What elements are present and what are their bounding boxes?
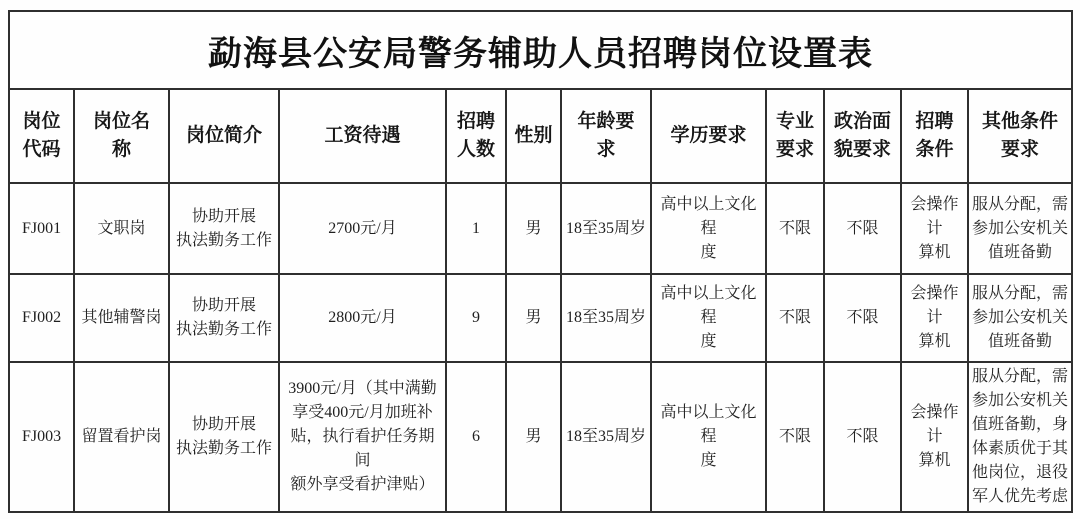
cell-headcount: 6 (446, 362, 506, 512)
column-header-age-requirement: 年龄要 求 (561, 89, 651, 183)
column-header-education-requirement: 学历要求 (651, 89, 766, 183)
recruitment-table: 勐海县公安局警务辅助人员招聘岗位设置表 岗位 代码 岗位名 称 岗位简介 工资待… (8, 10, 1073, 513)
cell-gender: 男 (506, 183, 561, 274)
cell-age-requirement: 18至35周岁 (561, 362, 651, 512)
cell-headcount: 1 (446, 183, 506, 274)
cell-position-description: 协助开展 执法勤务工作 (169, 362, 279, 512)
cell-position-description: 协助开展 执法勤务工作 (169, 183, 279, 274)
cell-gender: 男 (506, 362, 561, 512)
cell-position-code: FJ003 (9, 362, 74, 512)
column-header-gender: 性别 (506, 89, 561, 183)
cell-salary: 3900元/月（其中满勤 享受400元/月加班补 贴，执行看护任务期间 额外享受… (279, 362, 446, 512)
cell-major-requirement: 不限 (766, 362, 824, 512)
cell-gender: 男 (506, 274, 561, 362)
cell-age-requirement: 18至35周岁 (561, 274, 651, 362)
cell-political-status-requirement: 不限 (824, 274, 901, 362)
cell-position-name: 文职岗 (74, 183, 169, 274)
column-header-position-name: 岗位名 称 (74, 89, 169, 183)
cell-other-requirements: 服从分配，需 参加公安机关 值班备勤 (968, 183, 1072, 274)
cell-major-requirement: 不限 (766, 183, 824, 274)
header-row: 岗位 代码 岗位名 称 岗位简介 工资待遇 招聘 人数 性别 年龄要 求 学历要… (9, 89, 1072, 183)
cell-other-requirements: 服从分配，需 参加公安机关 值班备勤 (968, 274, 1072, 362)
column-header-major-requirement: 专业 要求 (766, 89, 824, 183)
table-row: FJ002 其他辅警岗 协助开展 执法勤务工作 2800元/月 9 男 18至3… (9, 274, 1072, 362)
cell-age-requirement: 18至35周岁 (561, 183, 651, 274)
cell-position-description: 协助开展 执法勤务工作 (169, 274, 279, 362)
cell-education-requirement: 高中以上文化程 度 (651, 362, 766, 512)
table-row: FJ003 留置看护岗 协助开展 执法勤务工作 3900元/月（其中满勤 享受4… (9, 362, 1072, 512)
cell-recruitment-condition: 会操作计 算机 (901, 362, 968, 512)
cell-major-requirement: 不限 (766, 274, 824, 362)
column-header-salary: 工资待遇 (279, 89, 446, 183)
column-header-other-requirements: 其他条件 要求 (968, 89, 1072, 183)
column-header-political-status-requirement: 政治面 貌要求 (824, 89, 901, 183)
cell-other-requirements: 服从分配，需 参加公安机关 值班备勤，身 体素质优于其 他岗位，退役 军人优先考… (968, 362, 1072, 512)
cell-salary: 2700元/月 (279, 183, 446, 274)
cell-education-requirement: 高中以上文化程 度 (651, 183, 766, 274)
cell-position-name: 留置看护岗 (74, 362, 169, 512)
page-title: 勐海县公安局警务辅助人员招聘岗位设置表 (9, 11, 1072, 89)
column-header-recruitment-condition: 招聘 条件 (901, 89, 968, 183)
cell-political-status-requirement: 不限 (824, 183, 901, 274)
cell-recruitment-condition: 会操作计 算机 (901, 183, 968, 274)
cell-education-requirement: 高中以上文化程 度 (651, 274, 766, 362)
cell-position-name: 其他辅警岗 (74, 274, 169, 362)
column-header-headcount: 招聘 人数 (446, 89, 506, 183)
page: 勐海县公安局警务辅助人员招聘岗位设置表 岗位 代码 岗位名 称 岗位简介 工资待… (0, 0, 1080, 519)
cell-headcount: 9 (446, 274, 506, 362)
cell-recruitment-condition: 会操作计 算机 (901, 274, 968, 362)
cell-position-code: FJ002 (9, 274, 74, 362)
column-header-position-code: 岗位 代码 (9, 89, 74, 183)
column-header-position-description: 岗位简介 (169, 89, 279, 183)
cell-political-status-requirement: 不限 (824, 362, 901, 512)
cell-salary: 2800元/月 (279, 274, 446, 362)
title-row: 勐海县公安局警务辅助人员招聘岗位设置表 (9, 11, 1072, 89)
cell-position-code: FJ001 (9, 183, 74, 274)
table-row: FJ001 文职岗 协助开展 执法勤务工作 2700元/月 1 男 18至35周… (9, 183, 1072, 274)
